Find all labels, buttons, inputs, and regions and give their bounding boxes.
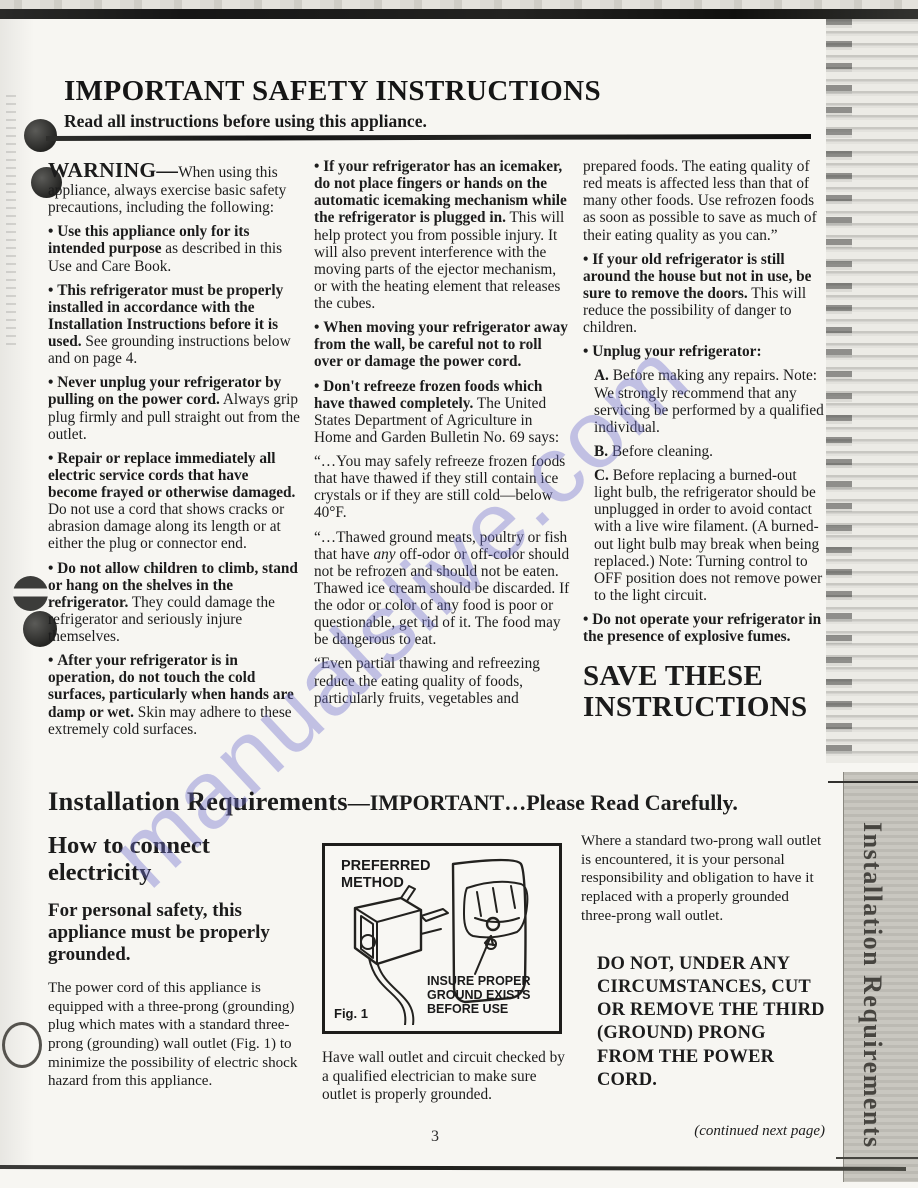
usda-quote: “…You may safely refreeze frozen foods t…: [314, 453, 570, 522]
unplug-item-a: A. Before making any repairs. Note: We s…: [583, 367, 824, 436]
grounding-body-text: The power cord of this appliance is equi…: [48, 979, 314, 1091]
page-header: IMPORTANT SAFETY INSTRUCTIONS Read all i…: [64, 76, 824, 132]
binding-ring-mark: [2, 1022, 42, 1068]
figure-box: PREFERRED METHOD INSURE PROPER GROUND EX…: [322, 843, 562, 1034]
safety-bullet: Do not allow children to climb, stand or…: [48, 560, 301, 646]
sidebar-top-rule: [828, 781, 918, 783]
warning-paragraph: WARNING—When using this appliance, alway…: [48, 158, 301, 216]
continuation-paragraph: prepared foods. The eating quality of re…: [583, 158, 824, 244]
safety-bullet: If your old refrigerator is still around…: [583, 251, 824, 337]
safety-bullet: This refrigerator must be properly insta…: [48, 282, 301, 368]
usda-quote: “Even partial thawing and refreezing red…: [314, 655, 570, 706]
scan-marginalia-smudge: [6, 95, 16, 345]
safety-bullet: Unplug your refrigerator:: [583, 343, 824, 360]
preferred-method-label: PREFERRED METHOD: [341, 858, 441, 891]
unplug-item-b: B. Before cleaning.: [583, 443, 824, 460]
scan-top-noise: [0, 0, 918, 9]
safety-bullet: Don't refreeze frozen foods which have t…: [314, 378, 570, 447]
unplug-item-c: C. Before replacing a burned-out light b…: [583, 467, 824, 604]
do-not-cut-prong-warning: DO NOT, UNDER ANY CIRCUMSTANCES, CUT OR …: [581, 953, 825, 1093]
figure-number-label: Fig. 1: [334, 1006, 368, 1022]
connect-electricity-column: How to connect electricity For personal …: [48, 832, 314, 1091]
safety-bullet: Use this appliance only for its intended…: [48, 223, 301, 274]
safety-bullet: If your refrigerator has an icemaker, do…: [314, 158, 570, 312]
installation-heading-rest: —IMPORTANT…Please Read Carefully.: [348, 790, 738, 815]
figure-caption: Have wall outlet and circuit checked by …: [322, 1049, 570, 1105]
safety-bullet: Never unplug your refrigerator by pullin…: [48, 374, 301, 443]
safety-column-1: WARNING—When using this appliance, alway…: [48, 158, 301, 745]
scan-bleedthrough-dense-column: [826, 19, 852, 763]
safety-bullet: Repair or replace immediately all electr…: [48, 450, 301, 553]
safety-bullet: After your refrigerator is in operation,…: [48, 652, 301, 738]
warning-lead: WARNING—: [48, 158, 178, 182]
hole-punch-mark: [13, 576, 48, 611]
how-to-connect-heading: How to connect electricity: [48, 832, 314, 887]
scanned-manual-page: IMPORTANT SAFETY INSTRUCTIONS Read all i…: [0, 0, 918, 1188]
safety-bullet: Do not operate your refrigerator in the …: [583, 611, 824, 645]
safety-column-2: If your refrigerator has an icemaker, do…: [314, 158, 570, 714]
two-prong-paragraph: Where a standard two-prong wall outlet i…: [581, 832, 825, 926]
scan-bleedthrough-strip: [826, 19, 918, 763]
usda-quote: “…Thawed ground meats, poultry or fish t…: [314, 529, 570, 649]
header-divider-rule: [46, 134, 811, 141]
installation-heading-main: Installation Requirements: [48, 786, 348, 816]
figure-column: PREFERRED METHOD INSURE PROPER GROUND EX…: [322, 832, 570, 1105]
ground-warning-label: INSURE PROPER GROUND EXISTS BEFORE USE: [427, 974, 552, 1016]
outlet-responsibility-column: Where a standard two-prong wall outlet i…: [581, 832, 825, 1141]
grounding-subheading: For personal safety, this appliance must…: [48, 900, 314, 966]
scan-bottom-edge-line: [0, 1165, 906, 1171]
page-subtitle: Read all instructions before using this …: [64, 111, 824, 132]
installation-section-heading: Installation Requirements—IMPORTANT…Plea…: [48, 786, 823, 817]
safety-bullet: When moving your refrigerator away from …: [314, 319, 570, 370]
safety-column-3: prepared foods. The eating quality of re…: [583, 158, 824, 723]
sidebar-vertical-label: Installation Requirements: [857, 822, 887, 1174]
save-instructions-heading: SAVE THESE INSTRUCTIONS: [583, 661, 824, 723]
page-title: IMPORTANT SAFETY INSTRUCTIONS: [64, 76, 824, 106]
scan-top-edge-band: [0, 9, 918, 19]
page-number: 3: [0, 1128, 870, 1146]
